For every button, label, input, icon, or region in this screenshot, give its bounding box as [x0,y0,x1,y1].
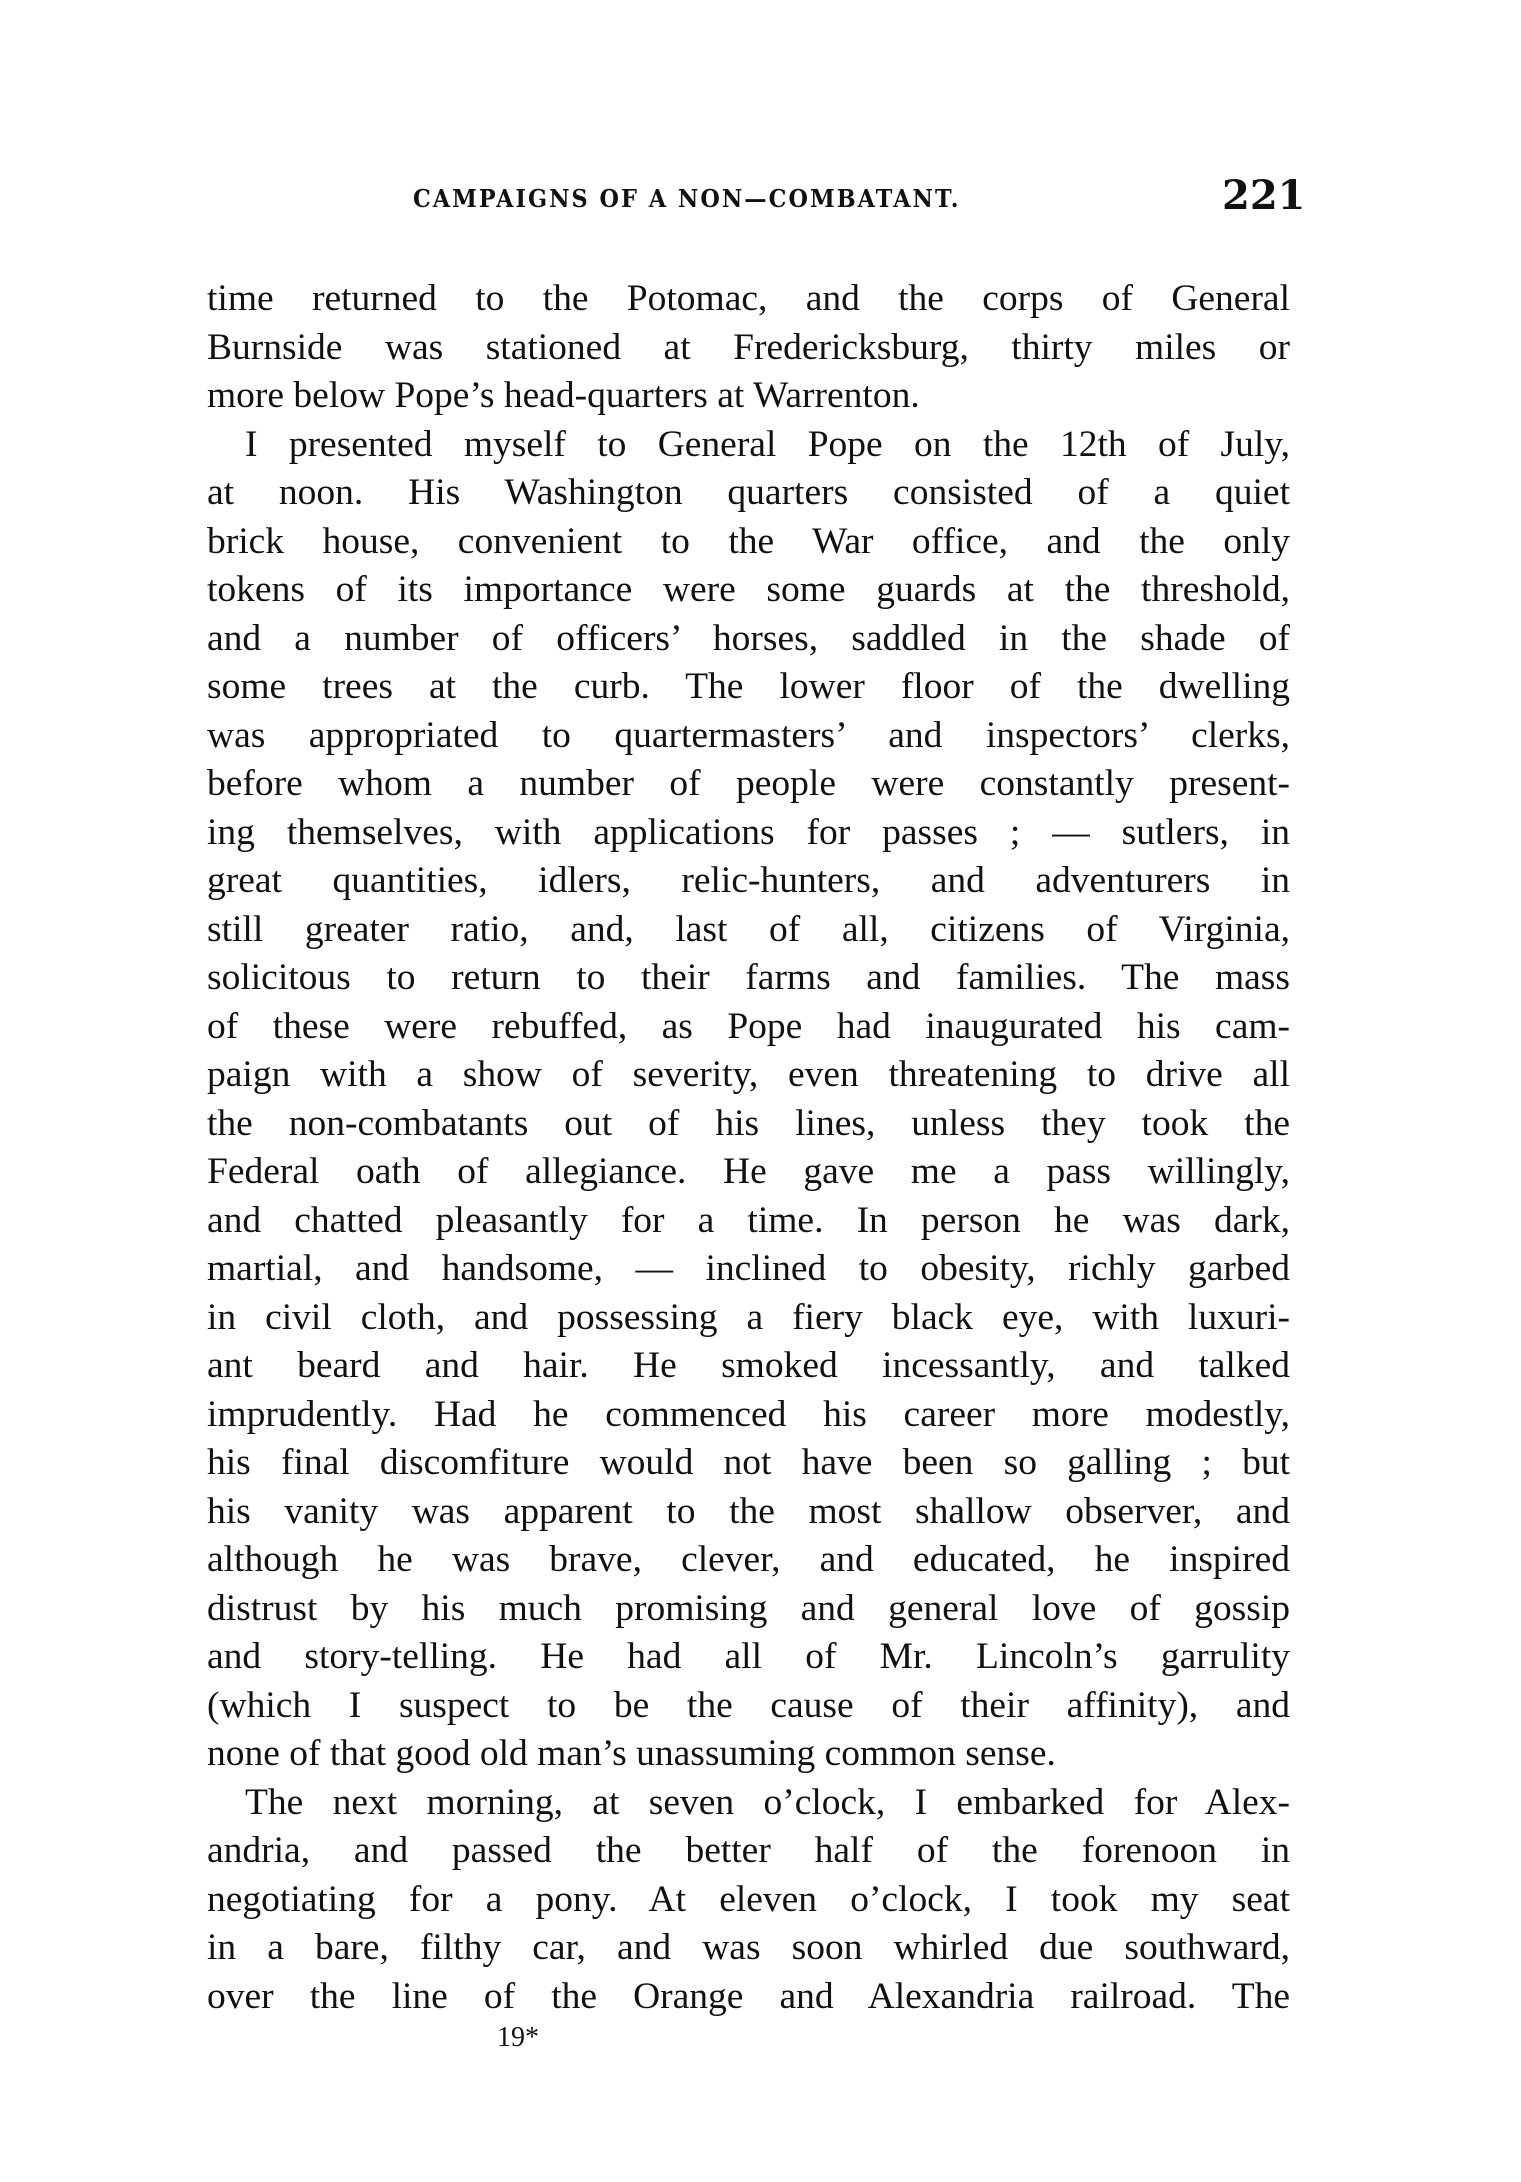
running-title: CAMPAIGNS OF A NON—COMBATANT. [413,184,1029,214]
text-line: and a number of officers’ horses, saddle… [207,619,1290,668]
text-line: although he was brave, clever, and educa… [207,1540,1290,1589]
text-line: at noon. His Washington quarters consist… [207,473,1290,522]
text-line: martial, and handsome, — inclined to obe… [207,1249,1290,1298]
paragraph-first-line: I presented myself to General Pope on th… [207,425,1290,474]
text-line: of these were rebuffed, as Pope had inau… [207,1007,1290,1056]
text-line: imprudently. Had he commenced his career… [207,1395,1290,1444]
text-line: in civil cloth, and possessing a fiery b… [207,1298,1290,1347]
text-line: brick house, convenient to the War offic… [207,522,1290,571]
text-line: and story-telling. He had all of Mr. Lin… [207,1637,1290,1686]
text-line: his final discomfiture would not have be… [207,1443,1290,1492]
text-line: great quantities, idlers, relic-hunters,… [207,861,1290,910]
text-line: distrust by his much promising and gener… [207,1589,1290,1638]
text-line: was appropriated to quartermasters’ and … [207,716,1290,765]
text-line: ing themselves, with applications for pa… [207,813,1290,862]
text-line: tokens of its importance were some guard… [207,570,1290,619]
page-number: 221 [1222,174,1292,218]
text-line: ant beard and hair. He smoked incessantl… [207,1346,1290,1395]
text-line: more below Pope’s head-quarters at Warre… [207,376,1290,425]
text-line: in a bare, filthy car, and was soon whir… [207,1928,1290,1977]
text-line: solicitous to return to their farms and … [207,958,1290,1007]
text-line: paign with a show of severity, even thre… [207,1055,1290,1104]
text-line: Federal oath of allegiance. He gave me a… [207,1152,1290,1201]
book-page: CAMPAIGNS OF A NON—COMBATANT. 221 time r… [0,0,1521,2182]
text-line: (which I suspect to be the cause of thei… [207,1686,1290,1735]
text-line: negotiating for a pony. At eleven o’cloc… [207,1880,1290,1929]
text-line: some trees at the curb. The lower floor … [207,667,1290,716]
text-line: before whom a number of people were cons… [207,764,1290,813]
body-text: time returned to the Potomac, and the co… [207,279,1290,2025]
text-line: time returned to the Potomac, and the co… [207,279,1290,328]
signature-mark: 19* [497,2022,539,2054]
text-line: still greater ratio, and, last of all, c… [207,910,1290,959]
text-line: and chatted pleasantly for a time. In pe… [207,1201,1290,1250]
text-line: his vanity was apparent to the most shal… [207,1492,1290,1541]
text-line: none of that good old man’s unassuming c… [207,1734,1290,1783]
text-line: over the line of the Orange and Alexandr… [207,1977,1290,2026]
text-line: andria, and passed the better half of th… [207,1831,1290,1880]
text-line: the non-combatants out of his lines, unl… [207,1104,1290,1153]
text-line: Burnside was stationed at Fredericksburg… [207,328,1290,377]
paragraph-first-line: The next morning, at seven o’clock, I em… [207,1783,1290,1832]
